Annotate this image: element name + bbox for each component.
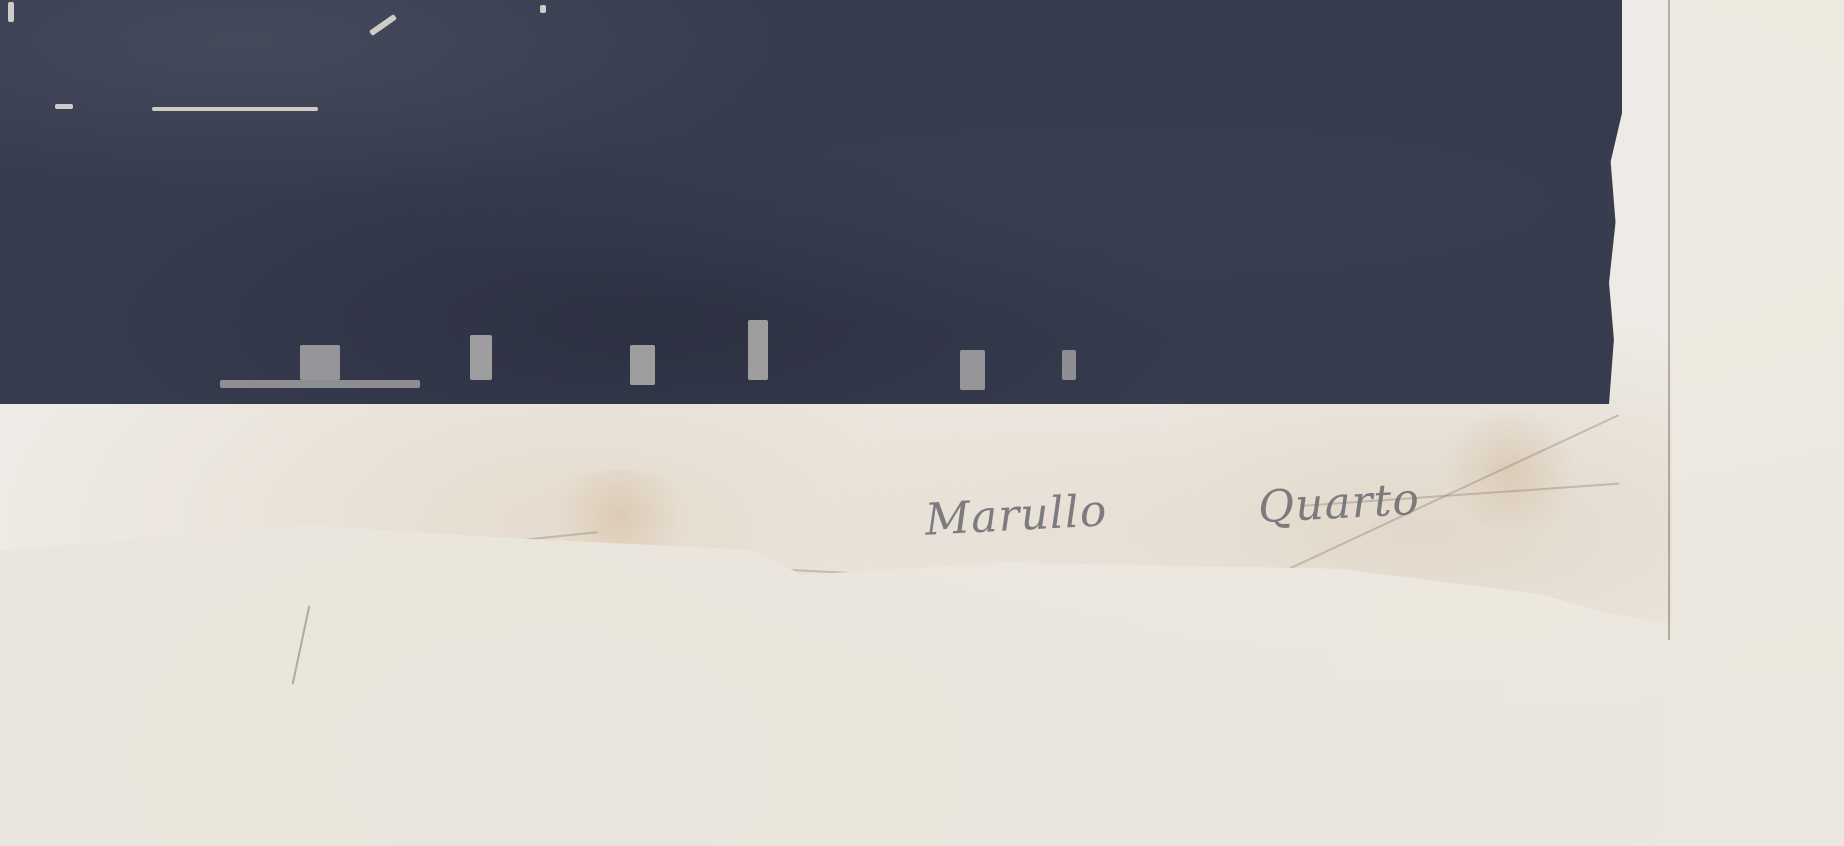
deckle-edge bbox=[1668, 0, 1670, 640]
ink-speck bbox=[748, 320, 768, 380]
ink-speck bbox=[300, 345, 340, 380]
ink-speck bbox=[55, 104, 73, 109]
ink-speck bbox=[369, 14, 397, 36]
artist-signature-first: Marullo bbox=[924, 485, 1109, 545]
ink-speck bbox=[960, 350, 985, 390]
ink-speck bbox=[470, 335, 492, 380]
ink-speck bbox=[630, 345, 655, 385]
ink-speck bbox=[1062, 350, 1076, 380]
inked-plate-area bbox=[0, 0, 1622, 404]
ink-speck bbox=[8, 2, 14, 22]
ink-speck bbox=[540, 5, 546, 13]
artist-signature-last: Quarto bbox=[1257, 474, 1421, 533]
foxing-stain bbox=[1440, 410, 1580, 530]
ink-speck bbox=[220, 380, 420, 388]
ink-speck bbox=[152, 107, 318, 111]
